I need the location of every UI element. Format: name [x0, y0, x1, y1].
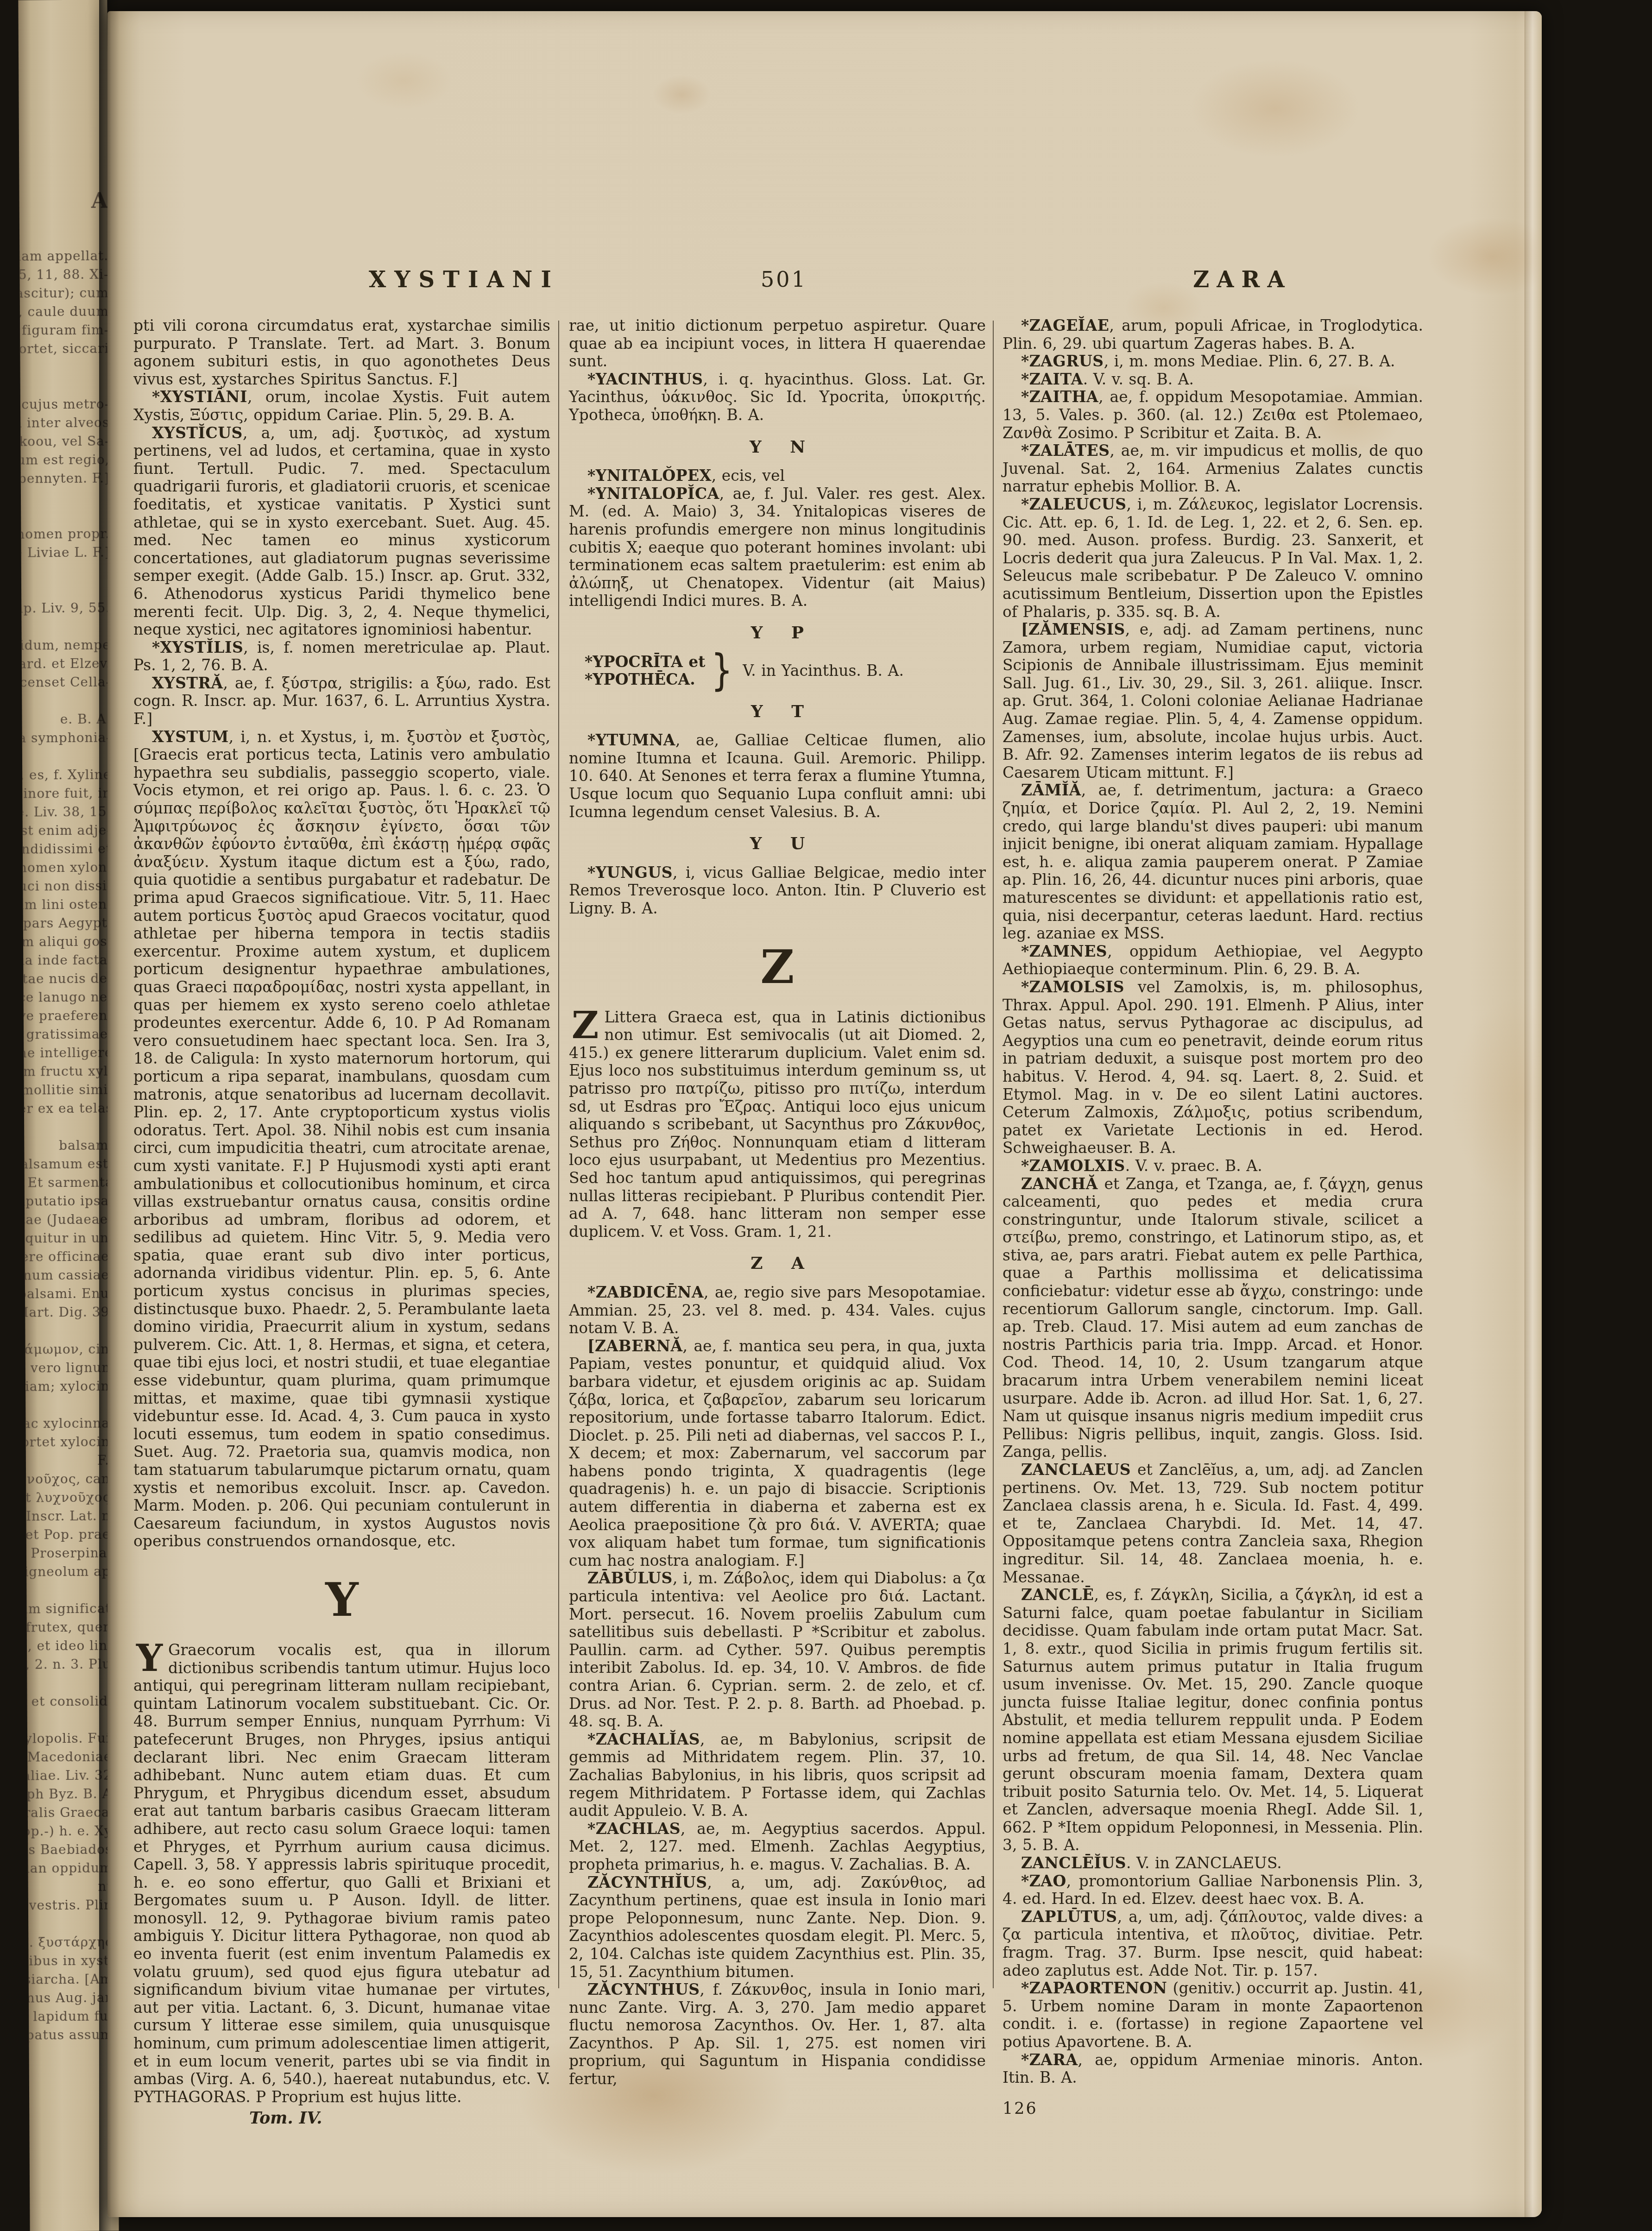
entry-headword: *ZAMOLXIS [1021, 1157, 1125, 1175]
entry-paragraph: XYSTUM, i, n. et Xystus, i, m. ξυστὸν et… [133, 728, 550, 1550]
entry-headword: *ZAMOLSIS [1021, 978, 1124, 996]
entry-paragraph: [ZĂMENSIS, e, adj. ad Zamam pertinens, n… [1003, 621, 1423, 781]
entry-headword: ZANCLĒĬUS [1021, 1854, 1126, 1872]
facing-page-fragment-line: 25, 11, 88. Xi- [19, 265, 108, 284]
entry-headword: ZĂCYNTHUS [587, 1980, 700, 1998]
entry-headword: [ZĂMENSIS [1021, 620, 1125, 638]
entry-headword: [ZABERNĂ [587, 1337, 683, 1355]
entry-headword: *YUNGUS [587, 863, 673, 882]
letter-display: Y [133, 1576, 550, 1623]
entry-paragraph: ZĀMĬĂ, ae, f. detrimentum, jactura: a Gr… [1003, 781, 1423, 942]
facing-page-fragment-line [21, 580, 110, 599]
facing-page-fragment-line: tae nuci non dissi- [23, 876, 112, 895]
facing-page-fragment-line: Sebennyten. F.] [21, 469, 110, 488]
entry-headword: *ZACHLAS [587, 1820, 681, 1838]
entry-headword: *ZAO [1021, 1872, 1066, 1890]
brace-entry-note: V. in Yacinthus. B. A. [743, 662, 904, 680]
facing-page-fragment-line: iem, caule duum [20, 302, 109, 321]
entry-headword: *ZABDICĒNA [587, 1283, 704, 1301]
facing-page-fragment-line: nc Skoou, vel Sa- [20, 432, 109, 451]
entry-paragraph: *ZAITHA, ae, f. oppidum Mesopotamiae. Am… [1003, 388, 1423, 442]
entry-headword: ZĀBŬLUS [587, 1569, 673, 1587]
entry-headword: *ZALEUCUS [1021, 495, 1126, 513]
entry-paragraph: *XYSTĬLIS, is, f. nomen meretriculae ap.… [133, 639, 550, 674]
entry-paragraph: *ZALĀTES, ae, m. vir impudicus et mollis… [1003, 442, 1423, 496]
entry-paragraph: *ZAMOLXIS. V. v. praec. B. A. [1003, 1157, 1423, 1175]
entry-paragraph: XYSTRĂ, ae, f. ξύστρα, strigilis: a ξύω,… [133, 674, 550, 728]
entry-headword: *ZACHALĬAS [587, 1730, 700, 1748]
book-gutter-shadow [99, 0, 120, 2231]
entry-headword: *ZAPAORTENON [1021, 1979, 1167, 1997]
brace-entry: *YPOCRĪTA et*YPOTHĒCA.}V. in Yacinthus. … [585, 653, 986, 689]
facing-page-fragment-line: cui nomen xylon, [23, 858, 112, 877]
facing-page-fragment-line: oportet, siccari [20, 339, 109, 358]
entry-paragraph: *YUNGUS, i, vicus Galliae Belgicae, medi… [569, 864, 986, 918]
facing-page-fragment-line: e, oppidum, nempe [22, 636, 111, 655]
facing-page-fragment-line: anae figuram fim- [20, 321, 109, 340]
entry-headword: ZANCHĂ [1021, 1175, 1098, 1193]
entry-headword: ZAPLŪTUS [1021, 1908, 1117, 1926]
entry-headword: *ZAMNES [1021, 942, 1107, 960]
entry-headword: XYSTRĂ [152, 674, 223, 692]
facing-page-fragment-line [22, 691, 111, 710]
entry-headword: ZĀMĬĂ [1021, 781, 1081, 799]
facing-page-fragment-line [21, 561, 110, 580]
entry-paragraph: *YNITALŎPEX, ecis, vel [569, 467, 986, 485]
entry-paragraph: ZANCHĂ et Zanga, et Tzanga, ae, f. ζάγχη… [1003, 1175, 1423, 1462]
entry-headword: ZĂCYNTHĬUS [587, 1873, 707, 1891]
entry-headword: *ZARA [1021, 2051, 1078, 2069]
entry-headword: *ZAGEĬAE [1021, 316, 1109, 334]
entry-paragraph: *ZABDICĒNA, ae, regio sive pars Mesopota… [569, 1284, 986, 1337]
entry-paragraph: *YACINTHUS, i. q. hyacinthus. Gloss. Lat… [569, 371, 986, 424]
entry-paragraph: *YTUMNA, ae, Galliae Celticae flumen, al… [569, 731, 986, 821]
entry-headword: *YTUMNA [587, 731, 675, 749]
entry-paragraph: ZAPLŪTUS, a, um, adj. ζάπλουτος, valde d… [1003, 1908, 1423, 1979]
header-right-title: ZARA [1039, 267, 1446, 293]
facing-page-fragment-line [21, 487, 110, 506]
facing-page-fragment-line: A [19, 182, 108, 210]
entry-headword: *YACINTHUS [587, 370, 703, 388]
facing-page-fragment-line: ius ap. Liv. 9, 55. [21, 599, 110, 618]
entry-headword: *ZAGRUS [1021, 352, 1104, 370]
signature-number: 126 [1003, 2100, 1423, 2118]
entry-paragraph: XYSTĬCUS, a, um, adj. ξυστικὸς, ad xystu… [133, 424, 550, 639]
facing-page-fragment-line: ae. Liv. 38, 15. [22, 802, 111, 821]
dropcap-paragraph: ZLittera Graeca est, qua in Latinis dict… [569, 1008, 986, 1241]
entry-headword: ZANCLĒ [1021, 1586, 1094, 1604]
entry-paragraph: *ZAO, promontorium Galliae Narbonensis P… [1003, 1872, 1423, 1908]
facing-page-fragment-line: uthe Liviae L. F.] [21, 543, 110, 562]
entry-headword: XYSTUM [152, 728, 229, 746]
scanned-book-spread: { "page_header": { "left": "XYSTIANI", "… [0, 0, 1652, 2231]
entry-paragraph: *ZAPAORTENON (genitiv.) occurrit ap. Jus… [1003, 1979, 1423, 2051]
entry-paragraph: *YNITALOPĬCA, ae, f. Jul. Valer. res ges… [569, 485, 986, 610]
brace-entry-headwords: *YPOCRĪTA et*YPOTHĒCA. [585, 653, 706, 689]
facing-page-fragment-line [19, 209, 108, 228]
column-rule-2 [993, 321, 994, 1988]
entry-headword: *YNITALŎPEX [587, 466, 712, 485]
entry-headword: *YPOCRĪTA et [585, 653, 706, 671]
entry-paragraph: ZĂCYNTHĬUS, a, um, adj. Ζακύνθιος, ad Za… [569, 1874, 986, 1981]
entry-paragraph: *ZAMOLSIS vel Zamolxis, is, m. philosoph… [1003, 978, 1423, 1157]
facing-page-fragment-line: (nascitur); cum [20, 284, 109, 303]
section-heading: Y T [569, 703, 986, 721]
facing-page-fragment-line [21, 617, 110, 636]
entry-headword: *YNITALOPĬCA [587, 485, 719, 503]
facing-page-fragment-line: us, cujus metro- [20, 395, 109, 414]
column-1: pti vili corona circumdatus erat, xystar… [133, 317, 550, 2144]
entry-headword: *YPOTHĒCA. [585, 671, 706, 689]
facing-page-fragment-line: œtidam appellat. [19, 246, 108, 265]
facing-page-fragment-line: lini candidissimi et [23, 839, 112, 858]
entry-paragraph: ZANCLAEUS et Zanclēĭus, a, um, adj. ad Z… [1003, 1461, 1423, 1586]
entry-paragraph: *ZARA, ae, oppidum Armeniae minoris. Ant… [1003, 2051, 1423, 2087]
tome-label: Tom. IV. [133, 2110, 550, 2128]
page-deckle-edge [1525, 11, 1542, 2217]
drop-cap-letter: Z [569, 1008, 604, 1040]
entry-paragraph: *ZAMNES, oppidum Aethiopiae, vel Aegypto… [1003, 943, 1423, 978]
entry-paragraph: *ZAGEĬAE, arum, populi Africae, in Trogl… [1003, 317, 1423, 353]
facing-page-fragment-line: lusium est regio, [20, 450, 109, 469]
facing-page-fragment-line: a), es, f. Xyline [22, 765, 111, 784]
entry-headword: *ZAITA [1021, 370, 1083, 388]
facing-page-fragment-line: elta inter alveos [20, 413, 109, 432]
entry-headword: *ZALĀTES [1021, 441, 1110, 460]
book-page: XYSTIANI 501 ZARA pti vili corona circum… [107, 11, 1542, 2217]
page-number: 501 [682, 267, 886, 292]
continuation-paragraph: pti vili corona circumdatus erat, xystar… [133, 317, 550, 388]
entry-headword: *XYSTIĀNI [152, 388, 247, 406]
facing-page-fragment-line [19, 228, 108, 247]
entry-headword: *XYSTĬLIS [152, 638, 243, 656]
entry-paragraph: *XYSTIĀNI, orum, incolae Xystis. Fuit au… [133, 388, 550, 424]
entry-paragraph: ZĀBŬLUS, i, m. Ζάβολος, idem qui Diabolu… [569, 1569, 986, 1730]
entry-paragraph: ZANCLĒ, es, f. Ζάγκλη, Sicilia, a ζάγκλη… [1003, 1586, 1423, 1854]
facing-page-fragment-line: m: est enim adje- [23, 821, 112, 840]
section-heading: Y N [569, 438, 986, 456]
facing-page-fragment-line: d. Hard. et Elzev. [22, 654, 111, 673]
entry-paragraph: [ZABERNĂ, ae, f. mantica seu pera, in qu… [569, 1337, 986, 1570]
entry-headword: XYSTĬCUS [152, 424, 243, 442]
facing-page-fragment-line [22, 747, 111, 766]
facing-page-fragment-line [21, 506, 110, 525]
header-left-title: XYSTIANI [260, 267, 668, 293]
column-rule-1 [558, 321, 559, 1988]
entry-headword: *ZAITHA [1021, 388, 1098, 406]
facing-page-fragment-line: e. B. A. [22, 710, 111, 729]
entry-paragraph: *ZAITA. V. v. sq. B. A. [1003, 371, 1423, 389]
dropcap-paragraph: YGraecorum vocalis est, qua in illorum d… [133, 1641, 550, 2106]
entry-paragraph: ZĂCYNTHUS, f. Ζάκυνθος, insula in Ionio … [569, 1981, 986, 2088]
section-heading: Z A [569, 1254, 986, 1273]
entry-paragraph: *ZACHLAS, ae, m. Aegyptius sacerdos. App… [569, 1820, 986, 1874]
facing-page-fragment-line: Est nomen propr. [21, 524, 110, 543]
continuation-paragraph: rae, ut initio dictionum perpetuo aspire… [569, 317, 986, 371]
facing-page-fragment-line [20, 376, 109, 395]
column-2: rae, ut initio dictionum perpetuo aspire… [569, 317, 986, 2088]
entry-paragraph: *ZAGRUS, i, m. mons Mediae. Plin. 6, 27.… [1003, 353, 1423, 371]
entry-paragraph: *ZALEUCUS, i, m. Ζάλευκος, legislator Lo… [1003, 496, 1423, 621]
letter-display: Z [569, 944, 986, 990]
entry-paragraph: *ZACHALĬAS, ae, m Babylonius, scripsit d… [569, 1731, 986, 1820]
facing-page-fragment-line: globum lini osten- [23, 895, 112, 914]
facing-page-fragment-line: polis censet Cella- [22, 673, 111, 692]
column-3: *ZAGEĬAE, arum, populi Africae, in Trogl… [1003, 317, 1423, 2118]
section-heading: Y P [569, 624, 986, 642]
entry-paragraph: ZANCLĒĬUS. V. in ZANCLAEUS. [1003, 1854, 1423, 1872]
drop-cap-letter: Y [133, 1641, 168, 1673]
brace-glyph: } [711, 662, 732, 680]
facing-page-fragment-line: ia minore fuit, in [22, 784, 111, 803]
entry-headword: ZANCLAEUS [1021, 1461, 1131, 1479]
section-heading: Y U [569, 835, 986, 853]
facing-page-fragment-line [20, 358, 109, 377]
facing-page-fragment-line: herba symphonia- [22, 728, 111, 747]
